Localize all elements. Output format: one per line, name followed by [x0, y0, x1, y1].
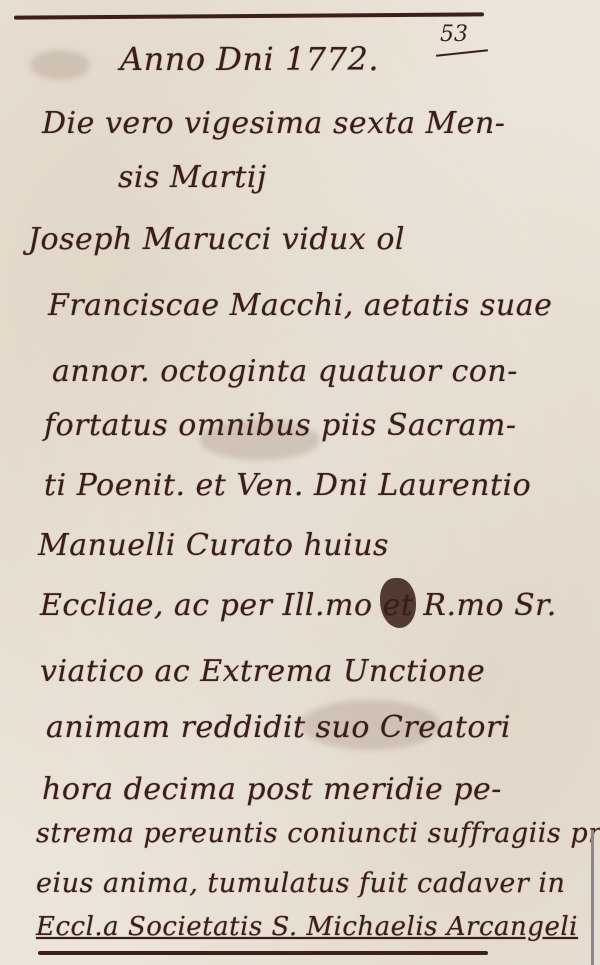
text-line: sis Martij: [118, 160, 267, 195]
text-line: strema pereuntis coniuncti suffragiis pr…: [36, 818, 600, 849]
top-ruled-line: [14, 12, 484, 19]
text-line: eius anima, tumulatus fuit cadaver in: [36, 868, 565, 899]
text-line: annor. octoginta quatuor con-: [52, 354, 518, 389]
bottom-ruled-line: [38, 951, 488, 955]
text-line: Die vero vigesima sexta Men-: [42, 106, 505, 141]
ink-blot: [380, 578, 416, 628]
text-line: fortatus omnibus piis Sacram-: [44, 408, 517, 443]
text-line: Manuelli Curato huius: [38, 528, 389, 563]
page-edge: [591, 830, 594, 965]
text-line: animam reddidit suo Creatori: [46, 710, 511, 745]
text-line-heading: Anno Dni 1772.: [120, 40, 379, 78]
text-line: viatico ac Extrema Unctione: [40, 654, 485, 689]
folio-underline: [436, 49, 488, 56]
text-line-final: Eccl.a Societatis S. Michaelis Arcangeli: [36, 912, 578, 942]
text-line: hora decima post meridie pe-: [42, 772, 502, 807]
ink-bleed: [30, 50, 90, 80]
manuscript-page: 53 Anno Dni 1772. Die vero vigesima sext…: [0, 0, 600, 965]
text-line: Franciscae Macchi, aetatis suae: [48, 288, 552, 323]
folio-number: 53: [440, 22, 468, 47]
text-line: Eccliae, ac per Ill.mo et R.mo Sr.: [40, 588, 557, 623]
text-line: Joseph Marucci vidux ol: [28, 222, 405, 257]
text-line: ti Poenit. et Ven. Dni Laurentio: [44, 468, 531, 503]
